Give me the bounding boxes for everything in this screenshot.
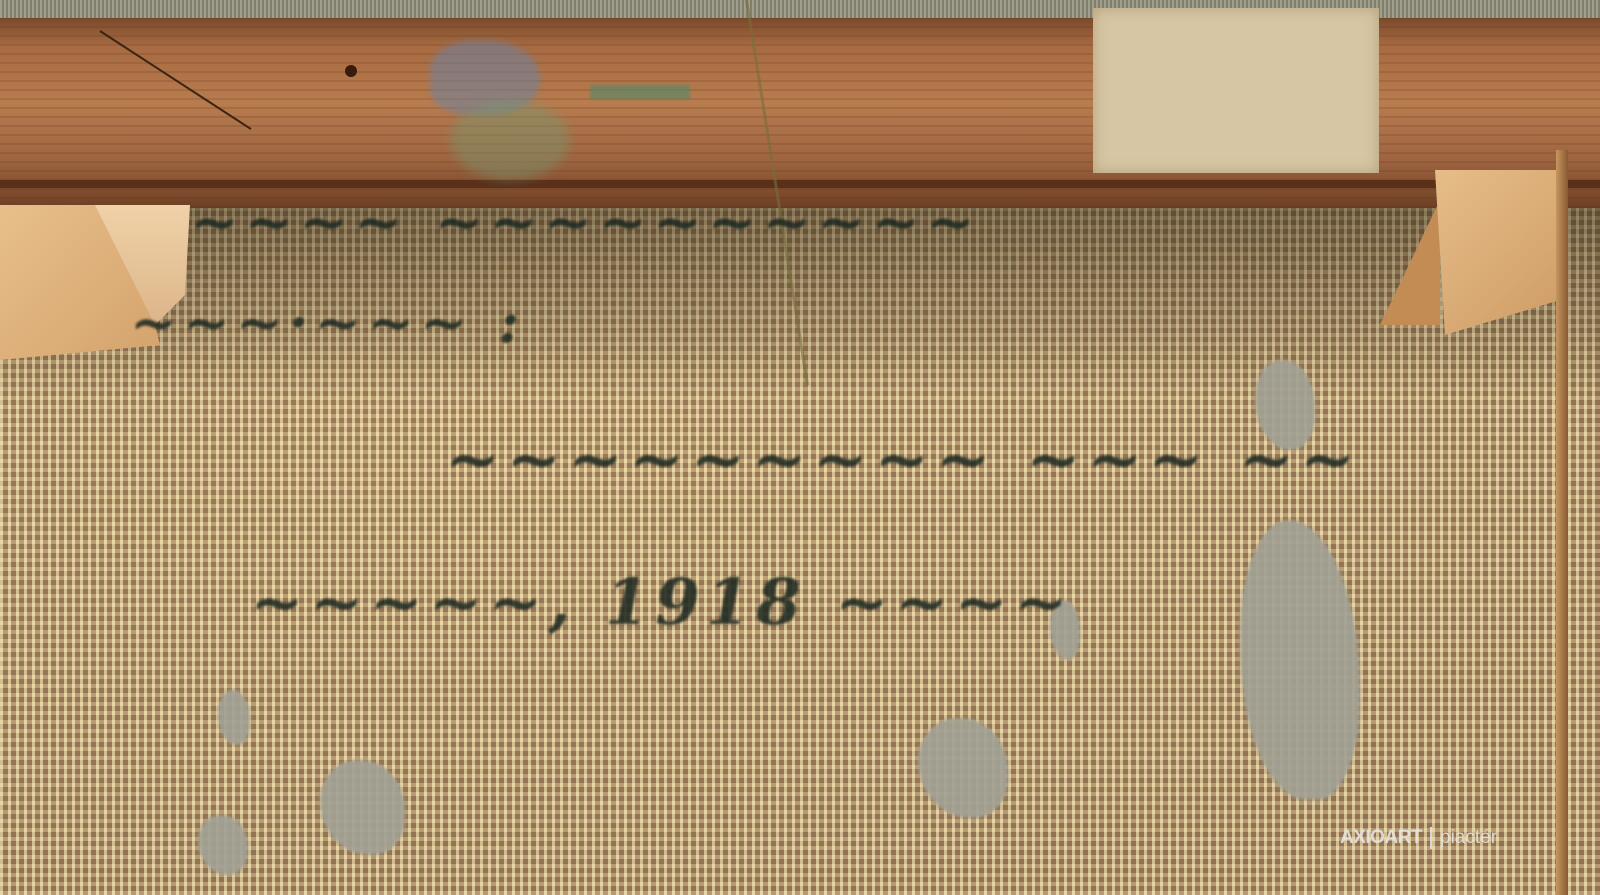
inscription-line-2: ~~~·~~~ :: [130, 290, 525, 356]
stretcher-edge: [0, 180, 1600, 188]
watermark-separator: [1430, 827, 1432, 849]
watermark-subtitle: piactér: [1440, 827, 1497, 849]
green-paint-smudge: [450, 100, 570, 180]
paper-label: [1093, 8, 1379, 173]
watermark: AXIOART piactér: [1340, 824, 1497, 852]
inscription-line-1: ~~~~ ~~~~~~~~~~: [190, 188, 981, 256]
inscription-line-4: ~~~~~, 1918 ~~~~: [250, 565, 1074, 640]
inscription-line-3: ~~~~~~~~~ ~~~ ~~: [445, 420, 1361, 498]
right-stretcher-bar: [1556, 150, 1568, 895]
canvas-back-photo: ~~~~ ~~~~~~~~~~ ~~~·~~~ : ~~~~~~~~~ ~~~ …: [0, 0, 1600, 895]
watermark-brand: AXIOART: [1340, 827, 1422, 849]
nail-hole: [345, 65, 357, 77]
faded-green-stamp: [590, 85, 690, 99]
